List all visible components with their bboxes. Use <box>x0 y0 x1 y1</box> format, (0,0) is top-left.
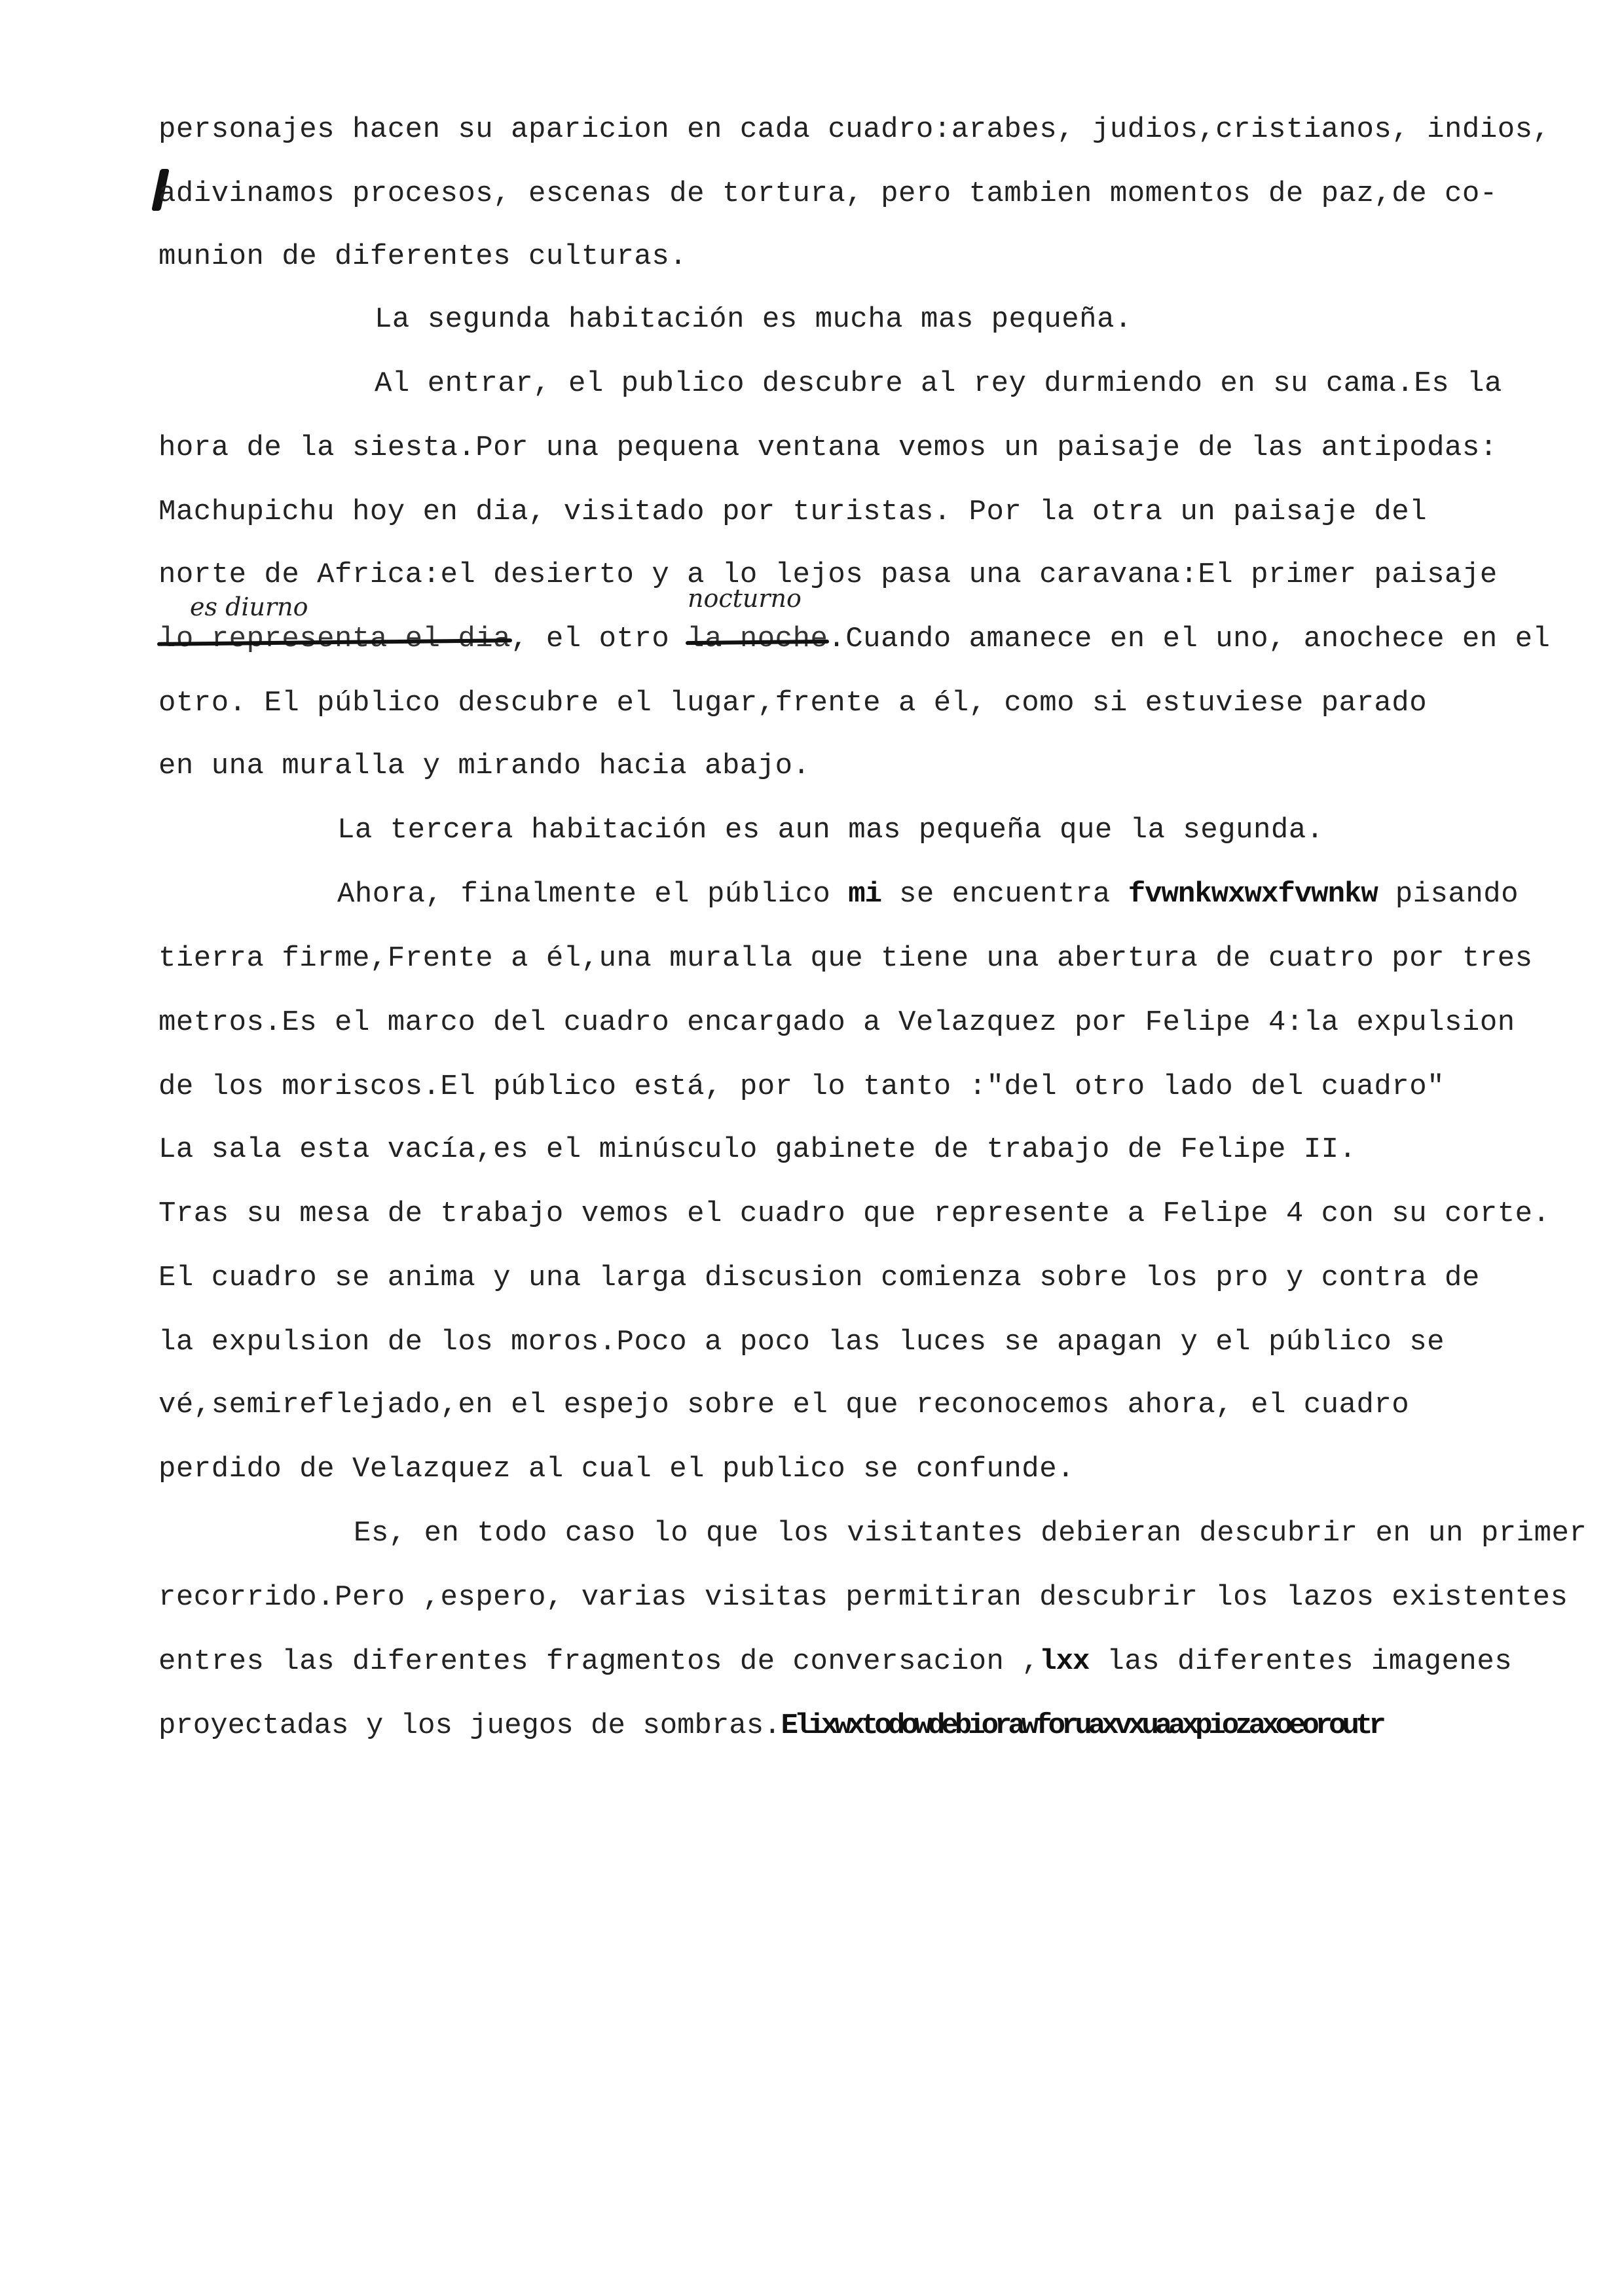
struck-text: lo representa el dia <box>158 623 511 655</box>
text-line: metros.Es el marco del cuadro encargado … <box>158 1006 1515 1040</box>
text-line: perdido de Velazquez al cual el publico … <box>158 1452 1075 1486</box>
text-line: Machupichu hoy en dia, visitado por turi… <box>158 495 1427 529</box>
text-line: La tercera habitación es aun mas pequeña… <box>337 813 1324 847</box>
text-segment: proyectadas y los juegos de sombras. <box>158 1709 781 1742</box>
text-line-with-corrections: entres las diferentes fragmentos de conv… <box>158 1645 1512 1679</box>
text-line: norte de Africa:el desierto y a lo lejos… <box>158 558 1498 592</box>
text-line: en una muralla y mirando hacia abajo. <box>158 749 810 783</box>
text-line: Al entrar, el publico descubre al rey du… <box>375 367 1502 401</box>
text-line: La sala esta vacía,es el minúsculo gabin… <box>158 1133 1357 1167</box>
text-line-with-corrections: lo representa el dia, el otro la noche.C… <box>158 622 1550 656</box>
handwritten-annotation: nocturno <box>688 584 802 613</box>
overtyped-text: mi <box>848 878 881 911</box>
text-line: vé,semireflejado,en el espejo sobre el q… <box>158 1388 1409 1422</box>
text-segment: las diferentes imagenes <box>1089 1645 1512 1678</box>
text-line: otro. El público descubre el lugar,frent… <box>158 686 1427 720</box>
text-line-with-corrections: proyectadas y los juegos de sombras.Elix… <box>158 1709 1382 1743</box>
overtyped-text: fvwnkwxwxfvwnkw <box>1128 878 1378 911</box>
overtyped-text: Elixwxtodowdebiorawforuaxvxuaaxpiozaxoeo… <box>781 1709 1382 1742</box>
text-line: Tras su mesa de trabajo vemos el cuadro … <box>158 1197 1550 1231</box>
text-segment: se encuentra <box>881 878 1128 911</box>
struck-text: la noche <box>687 623 828 655</box>
handwritten-annotation: es diurno <box>190 592 308 621</box>
text-line: tierra firme,Frente a él,una muralla que… <box>158 941 1533 975</box>
text-line-with-corrections: Ahora, finalmente el público mi se encue… <box>337 877 1519 911</box>
text-line: de los moriscos.El público está, por lo … <box>158 1070 1445 1104</box>
text-segment: , el otro <box>511 623 687 655</box>
text-segment: .Cuando amanece en el uno, anochece en e… <box>828 623 1550 655</box>
text-line: La segunda habitación es mucha mas peque… <box>375 302 1132 337</box>
text-segment: pisando <box>1378 878 1519 911</box>
text-segment: Ahora, finalmente el público <box>337 878 848 911</box>
text-line: adivinamos procesos, escenas de tortura,… <box>158 177 1498 211</box>
overtyped-text: lxx <box>1039 1645 1089 1678</box>
text-line: Es, en todo caso lo que los visitantes d… <box>354 1516 1587 1550</box>
text-line: munion de diferentes culturas. <box>158 240 687 274</box>
text-line: El cuadro se anima y una larga discusion… <box>158 1261 1480 1295</box>
text-line: recorrido.Pero ,espero, varias visitas p… <box>158 1580 1568 1614</box>
text-line: personajes hacen su aparicion en cada cu… <box>158 113 1550 147</box>
text-line: la expulsion de los moros.Poco a poco la… <box>158 1325 1445 1359</box>
text-line: hora de la siesta.Por una pequena ventan… <box>158 431 1498 465</box>
text-segment: entres las diferentes fragmentos de conv… <box>158 1645 1039 1678</box>
document-page: personajes hacen su aparicion en cada cu… <box>0 0 1624 2296</box>
